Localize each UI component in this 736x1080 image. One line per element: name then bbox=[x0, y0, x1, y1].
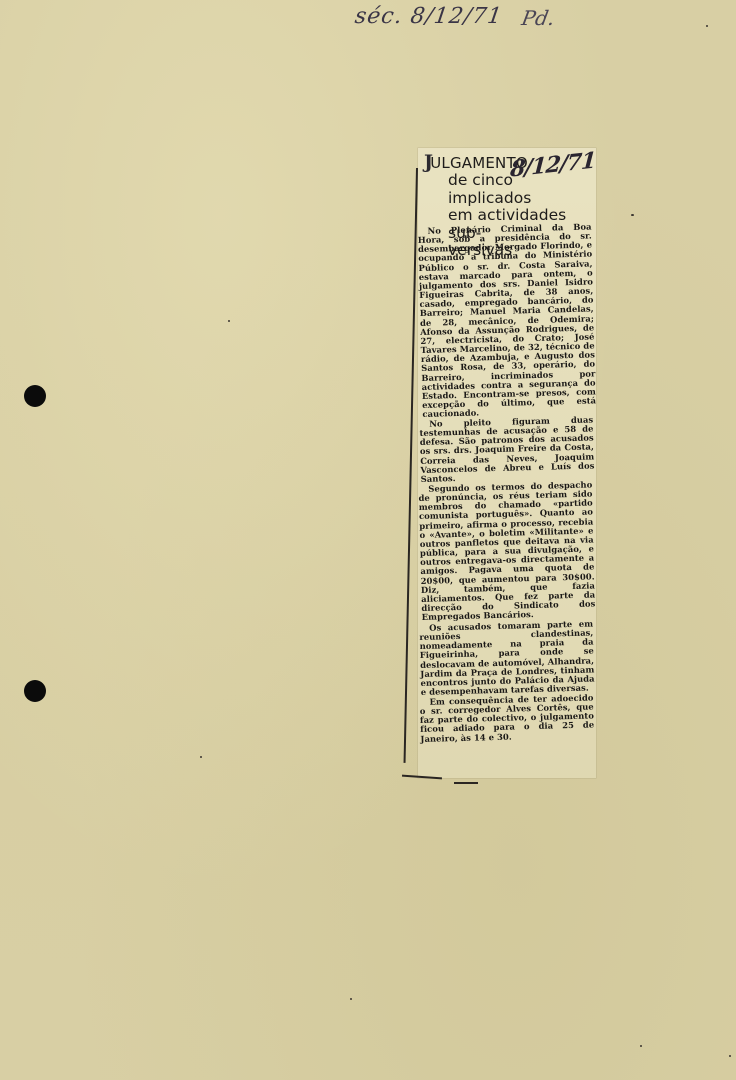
archive-page: séc. 8/12/71 Pd. JULGAMENTO de cinco imp… bbox=[0, 0, 736, 1080]
article-paragraph: No pleito figuram duas testemunhas de ac… bbox=[419, 416, 595, 485]
handwritten-initials: Pd. bbox=[520, 6, 557, 30]
paper-speck bbox=[640, 1045, 642, 1047]
paper-speck bbox=[729, 1055, 731, 1057]
article-paragraph: Segundo os termos do despacho de pronúnc… bbox=[418, 481, 596, 623]
paper-speck bbox=[200, 756, 202, 758]
article-body: No Plenário Criminal da Boa Hora, sob a … bbox=[420, 227, 594, 745]
article-paragraph: Os acusados tomaram parte em reuniões cl… bbox=[419, 619, 595, 697]
paper-speck bbox=[631, 214, 634, 216]
bottom-rule bbox=[402, 775, 442, 779]
punch-hole-bottom bbox=[24, 680, 46, 702]
bottom-rule-short bbox=[454, 782, 478, 784]
newspaper-clipping: JULGAMENTO de cinco implicados em activi… bbox=[418, 148, 596, 778]
column-rule bbox=[404, 168, 418, 763]
paper-speck bbox=[706, 25, 708, 27]
paper-speck bbox=[350, 998, 352, 1000]
punch-hole-top bbox=[24, 385, 46, 407]
article-paragraph: No Plenário Criminal da Boa Hora, sob a … bbox=[417, 222, 596, 419]
article-paragraph: Em consequência de ter adoecido o sr. co… bbox=[419, 693, 594, 743]
handwritten-date-annotation: séc. 8/12/71 bbox=[353, 4, 504, 29]
paper-speck bbox=[228, 320, 230, 322]
